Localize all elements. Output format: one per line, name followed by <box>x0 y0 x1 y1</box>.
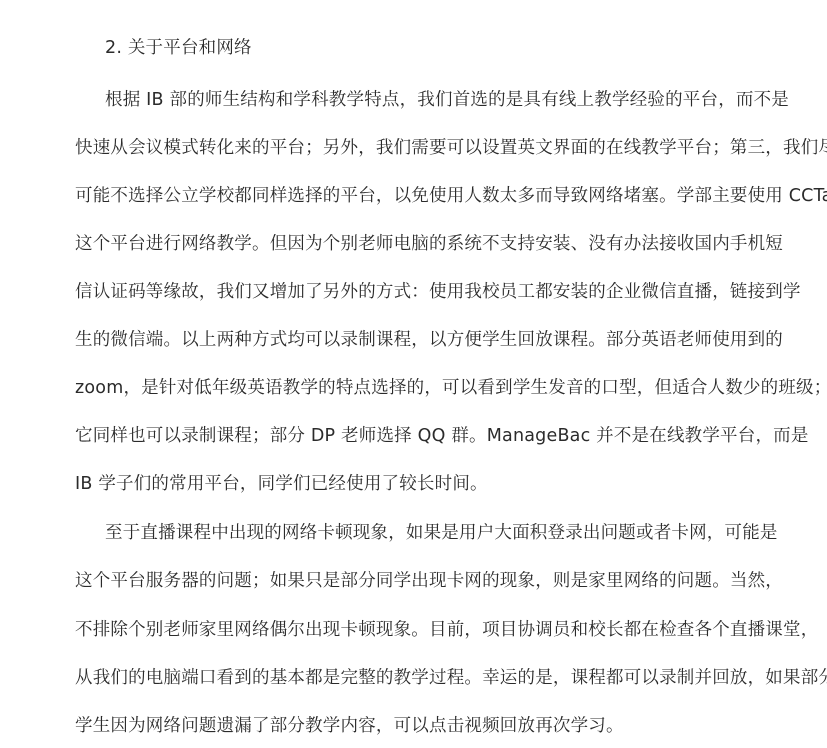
paragraph-line: 至于直播课程中出现的网络卡顿现象，如果是用户大面积登录出问题或者卡网，可能是 <box>105 518 785 548</box>
paragraph-line: 这个平台服务器的问题；如果只是部分同学出现卡网的现象，则是家里网络的问题。当然， <box>75 566 785 596</box>
paragraph-line: 不排除个别老师家里网络偶尔出现卡顿现象。目前，项目协调员和校长都在检查各个直播课… <box>75 615 785 645</box>
paragraph-line: 从我们的电脑端口看到的基本都是完整的教学过程。幸运的是，课程都可以录制并回放，如… <box>75 663 785 693</box>
paragraph-line: zoom，是针对低年级英语教学的特点选择的，可以看到学生发音的口型，但适合人数少… <box>75 373 785 403</box>
paragraph-line: 可能不选择公立学校都同样选择的平台，以免使用人数太多而导致网络堵塞。学部主要使用… <box>75 181 785 211</box>
paragraph-line: 这个平台进行网络教学。但因为个别老师电脑的系统不支持安装、没有办法接收国内手机短 <box>75 229 785 259</box>
document-page: 2. 关于平台和网络 根据 IB 部的师生结构和学科教学特点，我们首选的是具有线… <box>0 0 827 748</box>
paragraph-line: 根据 IB 部的师生结构和学科教学特点，我们首选的是具有线上教学经验的平台，而不… <box>105 85 785 115</box>
paragraph-line: 快速从会议模式转化来的平台；另外，我们需要可以设置英文界面的在线教学平台；第三，… <box>75 133 785 163</box>
paragraph-line: 信认证码等缘故，我们又增加了另外的方式：使用我校员工都安装的企业微信直播，链接到… <box>75 277 785 307</box>
paragraph-line: IB 学子们的常用平台，同学们已经使用了较长时间。 <box>75 469 785 499</box>
paragraph-line: 生的微信端。以上两种方式均可以录制课程，以方便学生回放课程。部分英语老师使用到的 <box>75 325 785 355</box>
section-heading: 2. 关于平台和网络 <box>105 33 815 63</box>
paragraph-line: 学生因为网络问题遗漏了部分教学内容，可以点击视频回放再次学习。 <box>75 711 785 741</box>
paragraph-line: 它同样也可以录制课程；部分 DP 老师选择 QQ 群。ManageBac 并不是… <box>75 421 785 451</box>
